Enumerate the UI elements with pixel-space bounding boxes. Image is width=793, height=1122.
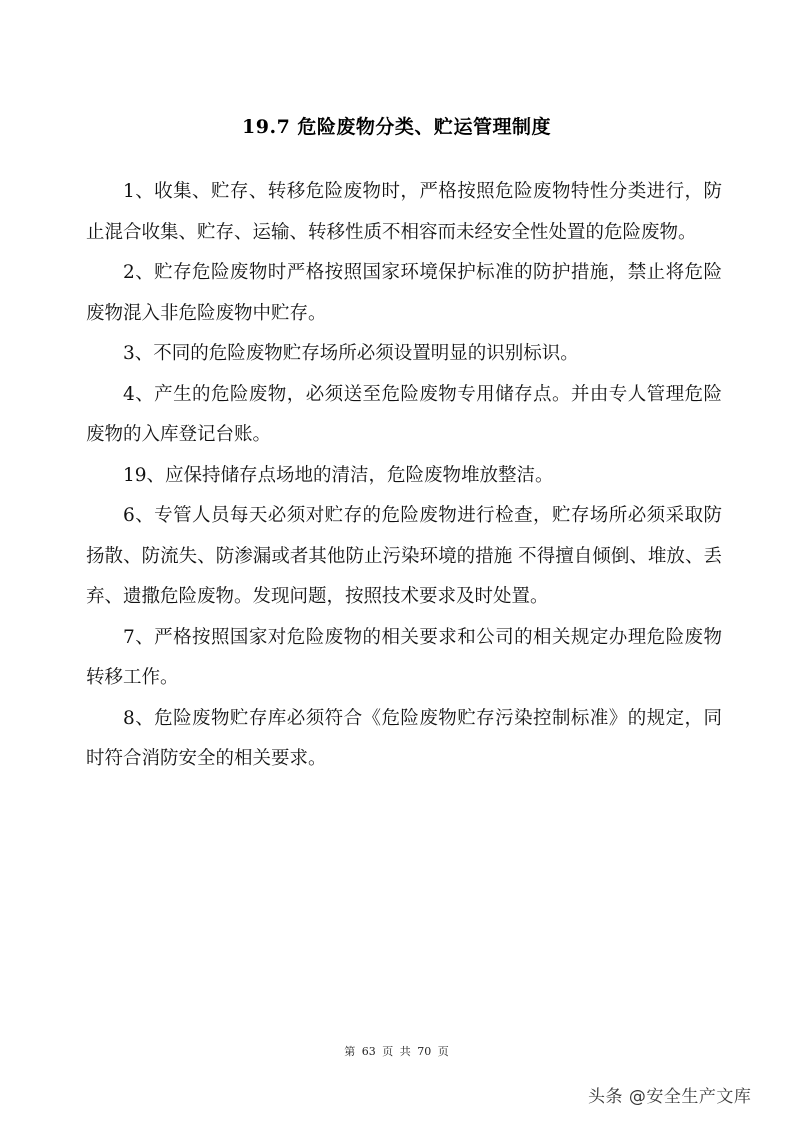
source-watermark: 头条 @安全生产文库 — [588, 1082, 751, 1107]
paragraph-1: 1、收集、贮存、转移危险废物时，严格按照危险废物特性分类进行，防止混合收集、贮存… — [86, 172, 722, 253]
paragraph-4: 4、产生的危险废物，必须送至危险废物专用储存点。并由专人管理危险废物的入库登记台… — [86, 375, 722, 456]
paragraph-5: 19、应保持储存点场地的清洁，危险废物堆放整洁。 — [86, 456, 722, 497]
page-number-footer: 第 63 页 共 70 页 — [0, 1043, 793, 1059]
paragraph-3: 3、不同的危险废物贮存场所必须设置明显的识别标识。 — [86, 334, 722, 375]
paragraph-2: 2、贮存危险废物时严格按照国家环境保护标准的防护措施，禁止将危险废物混入非危险废… — [86, 253, 722, 334]
paragraph-6: 6、专管人员每天必须对贮存的危险废物进行检查，贮存场所必须采取防扬散、防流失、防… — [86, 496, 722, 618]
paragraph-8: 8、危险废物贮存库必须符合《危险废物贮存污染控制标准》的规定，同时符合消防安全的… — [86, 699, 722, 780]
document-body: 1、收集、贮存、转移危险废物时，严格按照危险废物特性分类进行，防止混合收集、贮存… — [86, 172, 722, 780]
paragraph-7: 7、严格按照国家对危险废物的相关要求和公司的相关规定办理危险废物转移工作。 — [86, 618, 722, 699]
page-title: 19.7 危险废物分类、贮运管理制度 — [0, 112, 793, 139]
